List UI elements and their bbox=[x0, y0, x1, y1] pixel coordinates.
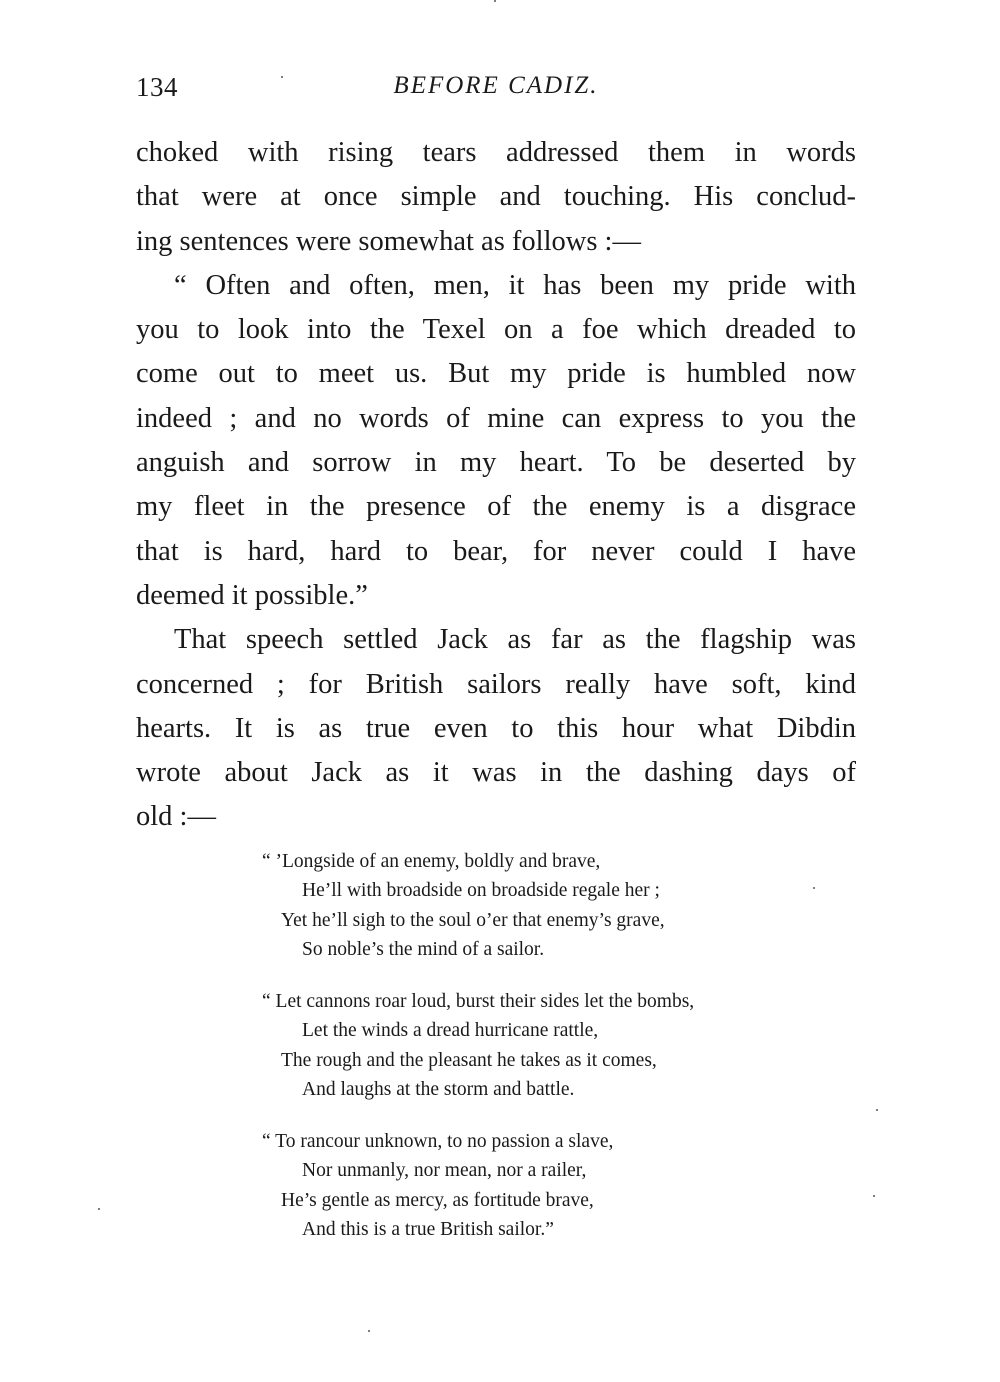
verse-line: He’ll with broadside on broadside regale… bbox=[262, 876, 842, 905]
text-line: anguish and sorrow in my heart. To be de… bbox=[136, 441, 856, 485]
text-line: come out to meet us. But my pride is hum… bbox=[136, 352, 856, 396]
verse-line: So noble’s the mind of a sailor. bbox=[262, 935, 842, 964]
verse-line: And this is a true British sailor.” bbox=[262, 1215, 842, 1244]
scan-speck bbox=[281, 76, 283, 78]
verse-stanza: “ Let cannons roar loud, burst their sid… bbox=[262, 987, 842, 1104]
text-line: hearts. It is as true even to this hour … bbox=[136, 707, 856, 751]
text-line: old :— bbox=[136, 795, 856, 839]
verse-stanza: “ ’Longside of an enemy, boldly and brav… bbox=[262, 847, 842, 964]
paragraph: “ Often and often, men, it has been my p… bbox=[136, 264, 856, 618]
scan-speck bbox=[98, 1208, 100, 1210]
scan-speck bbox=[813, 887, 815, 889]
text-line: indeed ; and no words of mine can expres… bbox=[136, 397, 856, 441]
scan-speck bbox=[494, 0, 496, 2]
scan-speck bbox=[876, 1109, 878, 1111]
text-line: concerned ; for British sailors really h… bbox=[136, 663, 856, 707]
text-line: wrote about Jack as it was in the dashin… bbox=[136, 751, 856, 795]
verse-line: He’s gentle as mercy, as fortitude brave… bbox=[262, 1186, 842, 1215]
running-head: 134 BEFORE CADIZ. bbox=[136, 72, 856, 108]
running-title: BEFORE CADIZ. bbox=[136, 72, 746, 100]
text-line: That speech settled Jack as far as the f… bbox=[136, 618, 856, 662]
scan-speck bbox=[873, 1195, 875, 1197]
text-line: “ Often and often, men, it has been my p… bbox=[136, 264, 856, 308]
body-text: choked with rising tears addressed them … bbox=[136, 131, 856, 840]
text-line: ing sentences were somewhat as follows :… bbox=[136, 220, 856, 264]
scan-speck bbox=[368, 1330, 370, 1332]
verse-line: “ To rancour unknown, to no passion a sl… bbox=[262, 1127, 842, 1156]
verse-line: “ Let cannons roar loud, burst their sid… bbox=[262, 987, 842, 1016]
paragraph: That speech settled Jack as far as the f… bbox=[136, 618, 856, 839]
verse-line: The rough and the pleasant he takes as i… bbox=[262, 1046, 842, 1075]
verse-stanza: “ To rancour unknown, to no passion a sl… bbox=[262, 1127, 842, 1244]
verse-line: “ ’Longside of an enemy, boldly and brav… bbox=[262, 847, 842, 876]
text-line: deemed it possible.” bbox=[136, 574, 856, 618]
verse-line: Yet he’ll sigh to the soul o’er that ene… bbox=[262, 906, 842, 935]
text-line: that were at once simple and touching. H… bbox=[136, 175, 856, 219]
verse-line: Nor unmanly, nor mean, nor a railer, bbox=[262, 1156, 842, 1185]
text-line: you to look into the Texel on a foe whic… bbox=[136, 308, 856, 352]
text-line: my fleet in the presence of the enemy is… bbox=[136, 485, 856, 529]
text-line: choked with rising tears addressed them … bbox=[136, 131, 856, 175]
verse-line: Let the winds a dread hurricane rattle, bbox=[262, 1016, 842, 1045]
paragraph: choked with rising tears addressed them … bbox=[136, 131, 856, 264]
verse-line: And laughs at the storm and battle. bbox=[262, 1075, 842, 1104]
book-page: 134 BEFORE CADIZ. choked with rising tea… bbox=[0, 0, 1000, 1382]
text-line: that is hard, hard to bear, for never co… bbox=[136, 530, 856, 574]
